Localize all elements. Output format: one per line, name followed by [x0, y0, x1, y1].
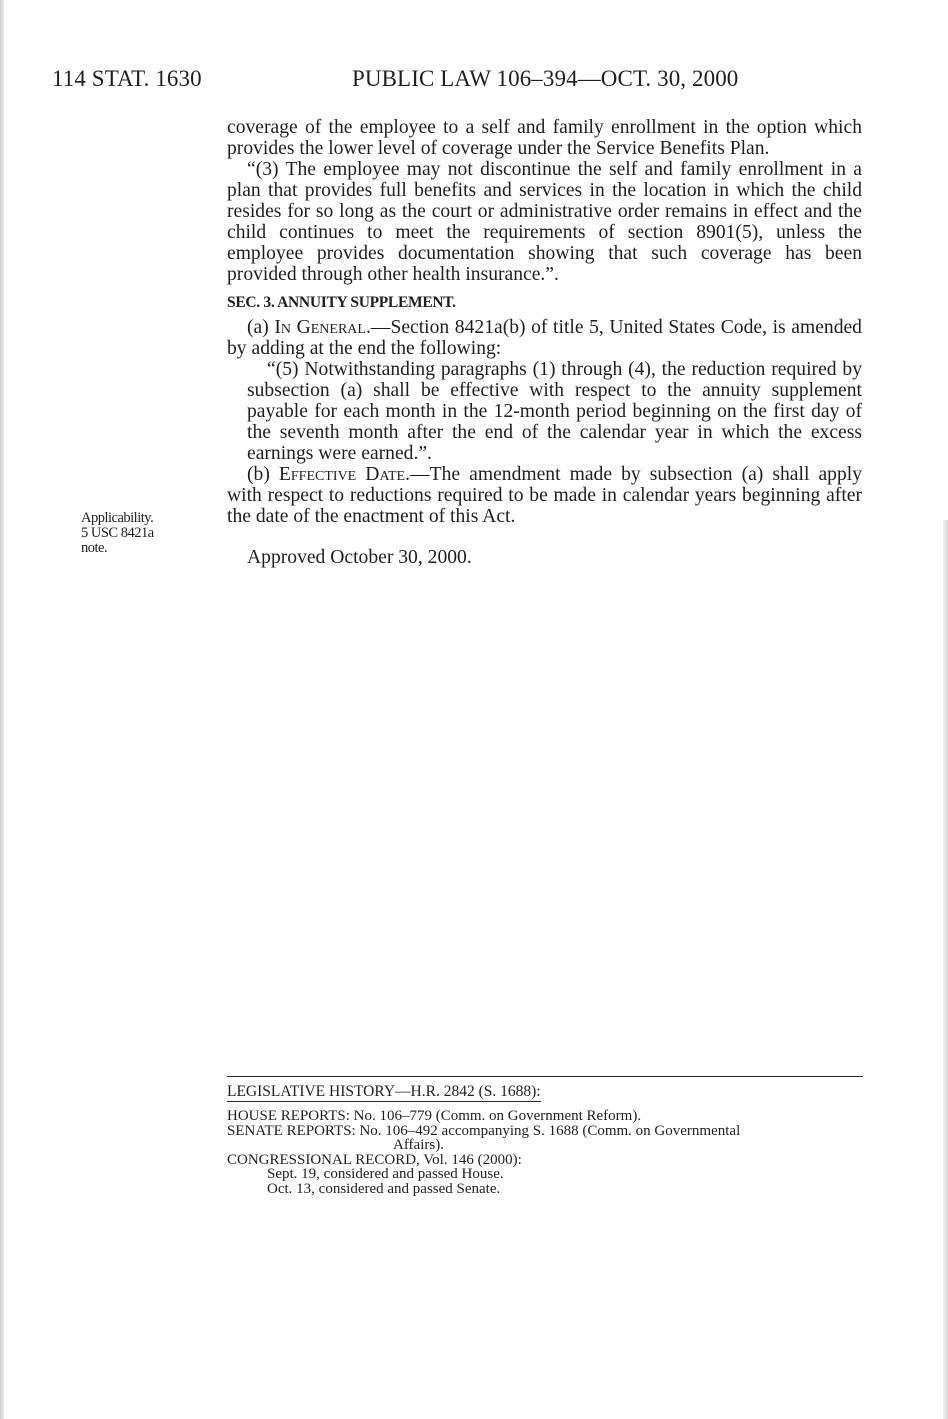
stat-page-number: 114 STAT. 1630	[52, 66, 202, 92]
section-heading: SEC. 3. ANNUITY SUPPLEMENT.	[227, 293, 862, 313]
margin-note-note: note.	[81, 541, 161, 556]
margin-note-applicability: Applicability.	[81, 511, 161, 526]
page-edge-shadow-left	[0, 0, 4, 1419]
subsection-b: (b) Effective Date.—The amendment made b…	[227, 464, 862, 527]
page-edge-shadow-right	[943, 520, 948, 1419]
house-reports: HOUSE REPORTS: No. 106–779 (Comm. on Gov…	[227, 1109, 863, 1124]
action-house-passage: Sept. 19, considered and passed House.	[227, 1167, 863, 1182]
quoted-paragraph-5: “(5) Notwithstanding paragraphs (1) thro…	[247, 359, 862, 464]
main-body-text: coverage of the employee to a self and f…	[227, 117, 862, 568]
congressional-record: CONGRESSIONAL RECORD, Vol. 146 (2000):	[227, 1153, 863, 1168]
margin-note: Applicability. 5 USC 8421a note.	[81, 511, 161, 556]
subsection-b-heading: Effective Date.	[279, 464, 410, 485]
legislative-history: LEGISLATIVE HISTORY—H.R. 2842 (S. 1688):…	[227, 1076, 863, 1196]
subsection-a-heading: In General.	[274, 317, 371, 338]
public-law-title: PUBLIC LAW 106–394—OCT. 30, 2000	[352, 66, 738, 92]
legislative-history-title: LEGISLATIVE HISTORY—H.R. 2842 (S. 1688):	[227, 1083, 541, 1102]
senate-reports: SENATE REPORTS: No. 106–492 accompanying…	[227, 1124, 863, 1139]
paragraph-continuation: coverage of the employee to a self and f…	[227, 117, 862, 159]
senate-reports-continuation: Affairs).	[227, 1138, 863, 1153]
action-senate-passage: Oct. 13, considered and passed Senate.	[227, 1182, 863, 1197]
subsection-b-label: (b)	[247, 464, 279, 485]
subsection-a: (a) In General.—Section 8421a(b) of titl…	[227, 317, 862, 359]
paragraph-3: “(3) The employee may not discontinue th…	[227, 159, 862, 285]
legislative-history-rule	[227, 1076, 863, 1077]
approval-date: Approved October 30, 2000.	[227, 547, 862, 568]
margin-note-usc-citation: 5 USC 8421a	[81, 526, 161, 541]
running-head: 114 STAT. 1630 PUBLIC LAW 106–394—OCT. 3…	[52, 66, 872, 96]
subsection-a-label: (a)	[247, 317, 274, 338]
